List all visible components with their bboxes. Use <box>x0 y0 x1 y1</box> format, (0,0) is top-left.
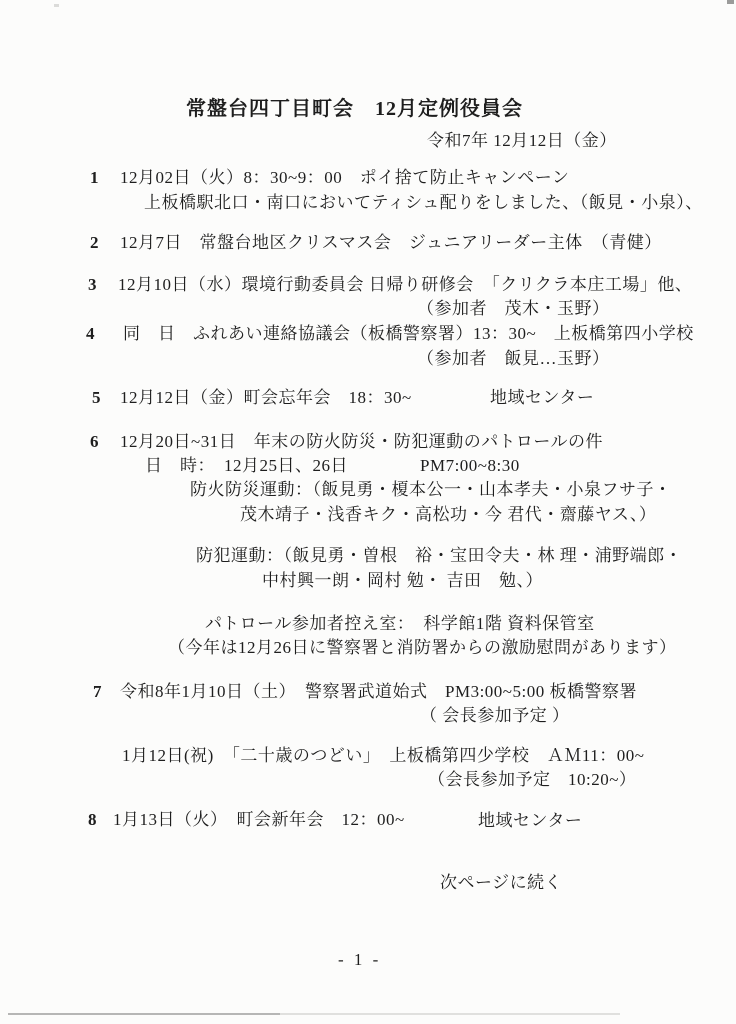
item-6-number: 6 <box>90 431 120 453</box>
agenda-item-1-note: 上板橋駅北口・南口においてティシュ配りをしました、（飯見・小泉）、 <box>144 192 703 214</box>
scan-artifact-bottom-line <box>8 1013 280 1015</box>
item-6-text: 12月20日~31日 年末の防火防災・防犯運動のパトロールの件 <box>120 432 603 451</box>
document-title: 常盤台四丁目町会 12月定例役員会 <box>186 96 523 122</box>
item-7-text: 令和8年1月10日（土） 警察署武道始式 PM3:00~5:00 板橋警察署 <box>120 682 637 701</box>
scanned-document-page: 常盤台四丁目町会 12月定例役員会 令和7年 12月12日（金） 112月02日… <box>0 0 736 1024</box>
agenda-item-2: 212月7日 常盤台地区クリスマス会 ジュニアリーダー主体 （青健） <box>90 232 662 254</box>
item-4-number: 4 <box>86 323 123 345</box>
scan-artifact-bottom-line-faint <box>280 1013 620 1015</box>
crime-patrol-members-line1: 防犯運動：（飯見勇・曽根 裕・宝田令夫・林 理・浦野端郎・ <box>196 545 682 567</box>
item-3-number: 3 <box>88 274 118 296</box>
item-3-text: 12月10日（水）環境行動委員会 日帰り研修会 「クリクラ本庄工場」他、 <box>118 275 692 294</box>
item-5-text: 12月12日（金）町会忘年会 18：30~ <box>120 388 412 407</box>
agenda-item-7-note2: （会長参加予定 10:20~） <box>428 769 636 791</box>
agenda-item-6: 612月20日~31日 年末の防火防災・防犯運動のパトロールの件 <box>90 431 603 453</box>
agenda-item-7: 7令和8年1月10日（土） 警察署武道始式 PM3:00~5:00 板橋警察署 <box>93 681 637 703</box>
continuation-note: 次ページに続く <box>440 872 562 894</box>
agenda-item-3: 312月10日（水）環境行動委員会 日帰り研修会 「クリクラ本庄工場」他、 <box>88 274 692 296</box>
agenda-item-1: 112月02日（火）8：30~9：00 ポイ捨て防止キャンペーン <box>90 167 569 189</box>
agenda-item-4-participants: （参加者 飯見…玉野） <box>417 348 610 370</box>
agenda-item-5: 512月12日（金）町会忘年会 18：30~ <box>92 387 412 409</box>
page-number: - 1 - <box>338 949 381 971</box>
agenda-item-4: 4同 日 ふれあい連絡協議会（板橋警察署）13：30~ 上板橋第四小学校 <box>86 323 694 345</box>
patrol-waiting-room: パトロール参加者控え室： 科学館1階 資料保管室 <box>205 613 595 635</box>
agenda-item-8-location: 地域センター <box>478 810 582 832</box>
agenda-item-7-note1: （ 会長参加予定 ） <box>420 705 570 727</box>
item-2-number: 2 <box>90 232 120 254</box>
agenda-item-6-time: PM7:00~8:30 <box>420 455 520 477</box>
item-2-text: 12月7日 常盤台地区クリスマス会 ジュニアリーダー主体 （青健） <box>120 233 662 252</box>
item-8-text: 1月13日（火） 町会新年会 12：00~ <box>113 810 405 829</box>
agenda-item-6-note: （今年は12月26日に警察署と消防署からの激励慰問があります） <box>168 637 677 659</box>
agenda-item-3-participants: （参加者 茂木・玉野） <box>417 298 610 320</box>
agenda-item-8: 81月13日（火） 町会新年会 12：00~ <box>88 809 405 831</box>
agenda-item-7-line2: 1月12日(祝) 「二十歳のつどい」 上板橋第四少学校 ＡＭ11：00~ <box>122 745 644 767</box>
scan-artifact-top-left-speck <box>54 4 59 7</box>
scan-artifact-top-right-speck <box>727 0 734 4</box>
fire-patrol-members-line1: 防火防災運動：（飯見勇・榎本公一・山本孝夫・小泉フサ子・ <box>190 479 672 501</box>
item-1-number: 1 <box>90 167 120 189</box>
document-date: 令和7年 12月12日（金） <box>427 130 617 152</box>
item-8-number: 8 <box>88 809 113 831</box>
agenda-item-5-location: 地域センター <box>490 387 594 409</box>
item-4-text: 同 日 ふれあい連絡協議会（板橋警察署）13：30~ 上板橋第四小学校 <box>123 324 694 343</box>
item-7-number: 7 <box>93 681 120 703</box>
agenda-item-6-datetime: 日 時： 12月25日、26日 <box>145 455 348 477</box>
item-5-number: 5 <box>92 387 120 409</box>
item-1-text: 12月02日（火）8：30~9：00 ポイ捨て防止キャンペーン <box>120 168 569 187</box>
fire-patrol-members-line2: 茂木靖子・浅香キク・高松功・今 君代・齋藤ヤス、） <box>240 504 656 526</box>
crime-patrol-members-line2: 中村興一朗・岡村 勉・ 吉田 勉、） <box>262 570 543 592</box>
